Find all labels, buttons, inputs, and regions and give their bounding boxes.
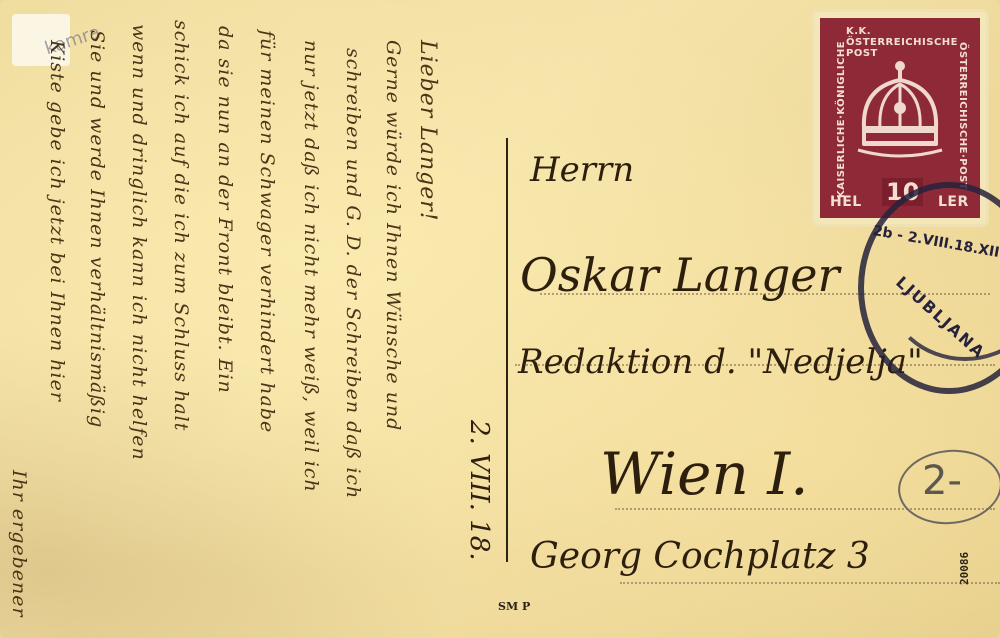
- message-line: für meinen Schwager verhindert habe: [256, 30, 278, 433]
- message-line: Sie und werde Ihnen verhältnismäßig: [86, 30, 108, 428]
- stamp-bottom-left: HEL: [830, 194, 862, 210]
- message-salutation: Lieber Langer!: [415, 40, 440, 222]
- serial-number: 20086: [958, 552, 971, 585]
- publisher-logo: SM P: [498, 602, 530, 612]
- message-line: da sie nun an der Front bleibt. Ein: [214, 26, 236, 394]
- address-title: Herrn: [530, 150, 634, 190]
- pencil-annotation: 2-: [922, 458, 962, 504]
- address-name: Oskar Langer: [520, 248, 839, 302]
- message-line: Kiste gebe ich jetzt bei Ihnen hier: [46, 40, 68, 402]
- stamp-left-text: KAISERLICHE·KÖNIGLICHE: [836, 41, 847, 198]
- crown-icon: [854, 58, 946, 158]
- postcard: kamra Lieber Langer! Gerne würde ich Ihn…: [0, 0, 1000, 638]
- message-line: nur jetzt daß ich nicht mehr weiß, weil …: [300, 40, 322, 493]
- message-line: schick ich auf die ich zum Schluss halt: [170, 20, 192, 431]
- message-line: wenn und dringlich kann ich nicht helfen: [128, 24, 150, 461]
- stamp-right-text: ÖSTERREICHISCHE·POST: [957, 42, 968, 190]
- message-line: schreiben und G. D. der Schreiben daß ic…: [342, 48, 364, 499]
- address-city: Wien I.: [600, 440, 809, 508]
- divider-line: [506, 138, 508, 562]
- message-line: Gerne würde ich Ihnen Wünsche und: [382, 40, 404, 431]
- address-street: Georg Cochplatz 3: [530, 536, 870, 577]
- address-line1: Redaktion d. "Nedjelja": [518, 342, 923, 382]
- message-date: 2. VIII. 18.: [464, 420, 494, 561]
- message-signoff: Ihr ergebener: [8, 470, 30, 618]
- address-line-guide: [620, 582, 1000, 584]
